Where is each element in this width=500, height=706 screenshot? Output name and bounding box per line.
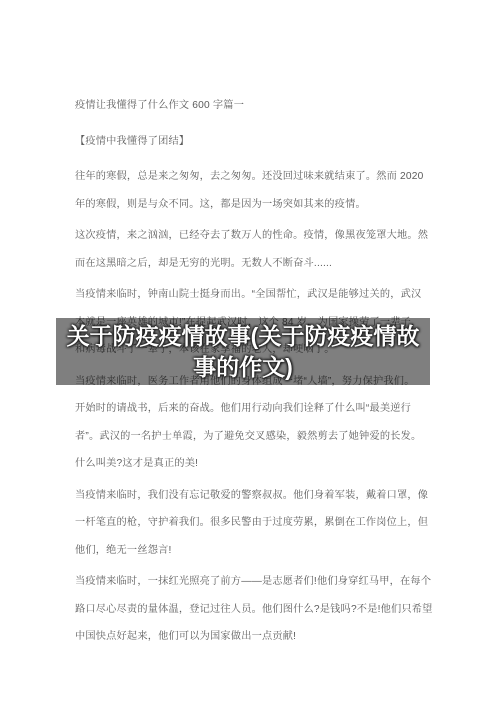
article-paragraph: 当疫情来临时，我们没有忘记敬爱的警察叔叔。他们身着军装，戴着口罩，像 一杆笔直的… (75, 482, 439, 565)
article-subheading: 【疫情中我懂得了团结】 (75, 128, 439, 156)
article-paragraph: 这次疫情，来之汹汹，已经夺去了数万人的性命。疫情，像黑夜笼罩大地。然 而在这黑暗… (75, 222, 439, 277)
article-paragraph: 往年的寒假，总是来之匆匆，去之匆匆。还没回过味来就结束了。然而 2020 年的寒… (75, 163, 439, 218)
article-paragraph: 当疫情来临时，一抹红光照亮了前方——是志愿者们!他们身穿红马甲，在每个 路口尽心… (75, 568, 439, 651)
watermark-overlay-banner: 关于防疫疫情故事(关于防疫疫情故 事的作文) (56, 318, 430, 385)
article-page: 疫情让我懂得了什么作文 600 字篇一 【疫情中我懂得了团结】 往年的寒假，总是… (0, 0, 500, 706)
overlay-title: 关于防疫疫情故事(关于防疫疫情故 事的作文) (67, 321, 420, 383)
article-heading: 疫情让我懂得了什么作文 600 字篇一 (75, 92, 439, 120)
